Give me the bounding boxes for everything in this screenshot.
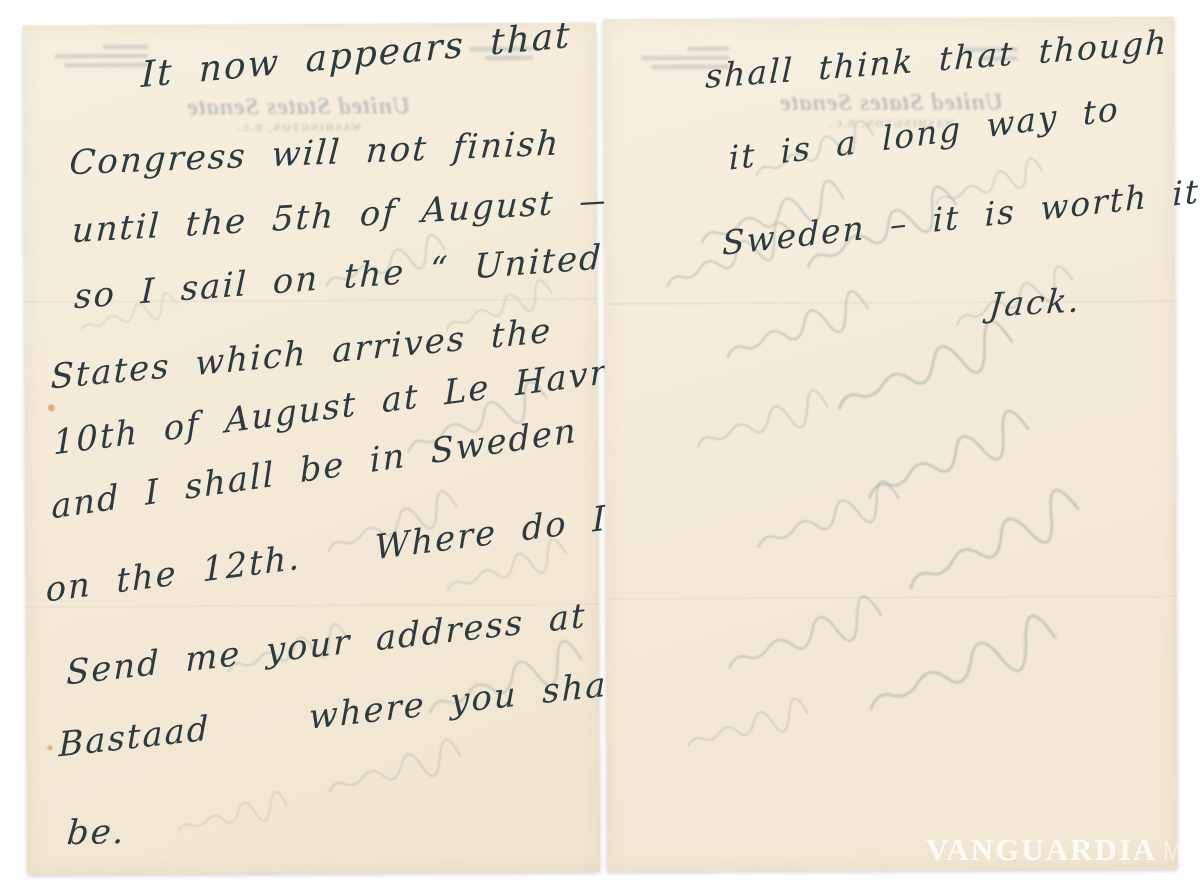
handwriting-line: so I sail on the “ United bbox=[74, 237, 604, 317]
handwriting-line: until the 5th of August — bbox=[71, 180, 616, 252]
letterhead-text-line bbox=[64, 63, 148, 67]
letterhead-text-line bbox=[103, 45, 148, 49]
handwriting-line: Sweden – it is worth it. bbox=[722, 170, 1200, 263]
letterhead-title: United States Senate bbox=[153, 93, 443, 122]
paper-stain bbox=[48, 745, 53, 750]
letter-page-left: United States Senate WASHINGTON, D.C. bbox=[23, 23, 600, 875]
signature: Jack. bbox=[988, 280, 1083, 324]
handwriting-line: it is a long way to bbox=[728, 89, 1120, 178]
handwriting-line: It now appears that bbox=[141, 15, 572, 96]
watermark-suffix: MX bbox=[1163, 836, 1196, 867]
watermark: VANGUARDIA MX bbox=[926, 832, 1200, 868]
handwriting-line: Congress will not finish bbox=[68, 123, 561, 183]
paper-stain bbox=[48, 404, 55, 411]
watermark-brand: VANGUARDIA bbox=[926, 832, 1157, 868]
letterhead-text-line bbox=[687, 47, 729, 51]
fold-crease bbox=[606, 596, 1177, 601]
letter-photo: United States Senate WASHINGTON, D.C. bbox=[0, 0, 1200, 894]
handwriting-line: shall think that though bbox=[705, 22, 1169, 96]
handwriting-line: be. bbox=[65, 812, 127, 853]
letter-page-right: United States Senate WASHINGTON, D.C. bbox=[603, 17, 1178, 871]
letterhead-text-line bbox=[55, 54, 148, 58]
letterhead-showthrough: United States Senate WASHINGTON, D.C. bbox=[153, 93, 443, 135]
letterhead-committee-block bbox=[53, 45, 148, 72]
fold-crease bbox=[604, 301, 1175, 306]
